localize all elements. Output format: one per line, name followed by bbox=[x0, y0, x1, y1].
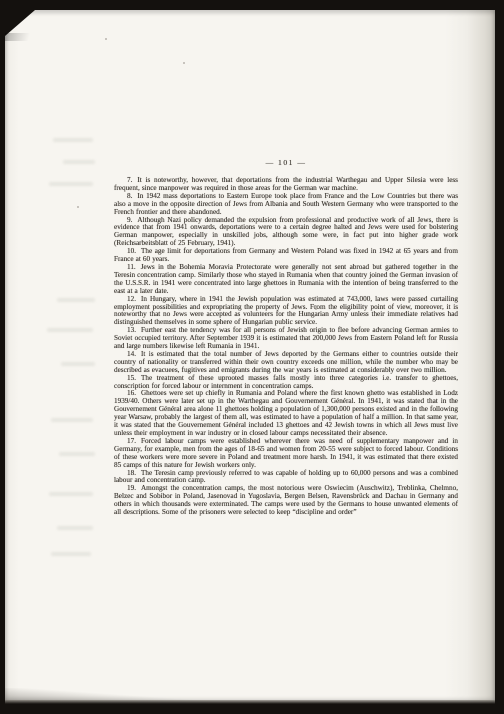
paragraph-text: The treatment of these uprooted masses f… bbox=[114, 374, 458, 390]
bleed-through-mark bbox=[49, 492, 93, 496]
paragraph-10: 10.The age limit for deportations from G… bbox=[114, 248, 458, 264]
paper-speck bbox=[105, 38, 107, 40]
page-number: — 101 — bbox=[114, 158, 458, 167]
paragraph-number: 12. bbox=[127, 295, 136, 303]
bleed-through-mark bbox=[57, 298, 95, 302]
bleed-through-mark bbox=[61, 362, 95, 366]
paragraph-number: 15. bbox=[127, 374, 136, 382]
paragraph-text: Amongst the concentration camps, the mos… bbox=[114, 484, 458, 516]
paper-speck bbox=[77, 206, 79, 208]
paragraph-11: 11.Jews in the Bohemia Moravia Protector… bbox=[114, 264, 458, 296]
paragraph-text: In 1942 mass deportations to Eastern Eur… bbox=[114, 192, 458, 216]
paragraph-19: 19.Amongst the concentration camps, the … bbox=[114, 485, 458, 517]
paragraph-12: 12.In Hungary, where in 1941 the Jewish … bbox=[114, 296, 458, 328]
paragraph-number: 8. bbox=[127, 192, 132, 200]
bleed-through-mark bbox=[53, 138, 93, 142]
paragraph-text: In Hungary, where in 1941 the Jewish pop… bbox=[114, 295, 458, 327]
bottom-edge-shadow bbox=[5, 700, 495, 704]
bleed-through-mark bbox=[57, 526, 93, 530]
paragraph-17: 17.Forced labour camps were established … bbox=[114, 438, 458, 470]
paragraph-text: The Teresin camp previously referred to … bbox=[114, 469, 458, 485]
paragraph-text: Jews in the Bohemia Moravia Protectorate… bbox=[114, 263, 458, 295]
paragraph-text: Forced labour camps were established whe… bbox=[114, 437, 458, 469]
paragraph-number: 17. bbox=[127, 437, 136, 445]
text-block: — 101 — 7.It is noteworthy, however, tha… bbox=[114, 158, 458, 517]
paragraph-9: 9.Although Nazi policy demanded the expu… bbox=[114, 217, 458, 249]
paragraph-number: 10. bbox=[127, 247, 136, 255]
bleed-through-mark bbox=[51, 418, 93, 422]
paragraph-text: It is noteworthy, however, that deportat… bbox=[114, 176, 458, 192]
paragraph-text: The age limit for deportations from Germ… bbox=[114, 247, 458, 263]
paragraph-7: 7.It is noteworthy, however, that deport… bbox=[114, 177, 458, 193]
paragraph-number: 14. bbox=[127, 350, 136, 358]
scanned-page-view: — 101 — 7.It is noteworthy, however, tha… bbox=[0, 0, 504, 714]
bleed-through-mark bbox=[59, 452, 95, 456]
corner-shadow bbox=[5, 33, 39, 41]
paragraph-text: Further east the tendency was for all pe… bbox=[114, 326, 458, 350]
paragraph-text: Although Nazi policy demanded the expuls… bbox=[114, 216, 458, 248]
bleed-through-mark bbox=[63, 160, 95, 164]
paper-sheet: — 101 — 7.It is noteworthy, however, tha… bbox=[5, 10, 495, 704]
paragraph-text: It is estimated that the total number of… bbox=[114, 350, 458, 374]
paragraph-18: 18.The Teresin camp previously referred … bbox=[114, 470, 458, 486]
bleed-through-mark bbox=[51, 552, 91, 556]
paragraph-text: Ghettoes were set up chiefly in Rumania … bbox=[114, 389, 458, 437]
paragraph-14: 14.It is estimated that the total number… bbox=[114, 351, 458, 375]
bleed-through-mark bbox=[49, 182, 93, 186]
paragraph-number: 11. bbox=[127, 263, 136, 271]
paragraph-8: 8.In 1942 mass deportations to Eastern E… bbox=[114, 193, 458, 217]
paragraph-16: 16.Ghettoes were set up chiefly in Ruman… bbox=[114, 390, 458, 437]
paper-speck bbox=[183, 62, 185, 64]
paragraph-13: 13.Further east the tendency was for all… bbox=[114, 327, 458, 351]
paragraph-number: 7. bbox=[127, 176, 132, 184]
bleed-through-mark bbox=[47, 328, 93, 332]
